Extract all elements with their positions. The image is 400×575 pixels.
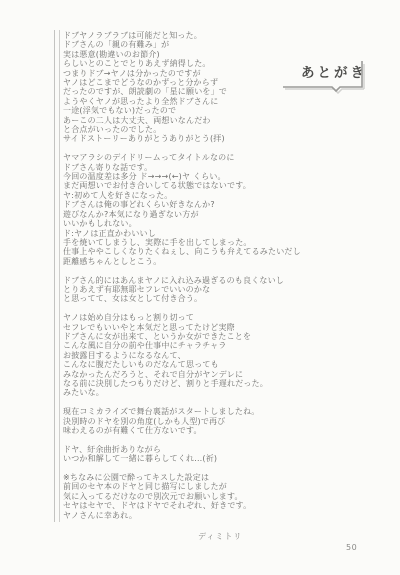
left-double-rule (54, 30, 60, 522)
text-line: いいかもしれない。 (63, 219, 333, 228)
text-line: なる前に決別したつもりだけど、割りと手遅れだった。 (63, 379, 333, 388)
text-line: こんな風に自分の前や仕事中にチャラチャラ (63, 341, 333, 350)
text-line: ドブさんの「親の有難み」が (63, 40, 333, 49)
text-line: と思ってて、女は女として付き合う。 (63, 294, 333, 303)
text-line: ヤマアラシのデイドリームってタイトルなのに (63, 153, 333, 162)
text-line: とりあえず有耶無耶セフレでいいのかな (63, 285, 333, 294)
text-line: ヤノは始め自分はもっと割り切って (63, 313, 333, 322)
text-line: サイドストーリーありがとうありがとう(拝) (63, 134, 333, 143)
afterword-text: ドブヤノラブラブは可能だと知った。ドブさんの「親の有難み」が実は悪意(勘違いのお… (63, 31, 333, 529)
author-signature: ディミトリ (198, 531, 242, 542)
text-line: ドブさんに女が出来て、というか女ができたことを (63, 332, 333, 341)
text-line: 一途(浮気でもない)だったので (63, 106, 333, 115)
text-line: みたいな。 (63, 388, 333, 397)
text-line: 前回のセヤ本のドヤと同じ描写にしましたが (63, 482, 333, 491)
page-number: 50 (346, 543, 357, 552)
text-line: ドブさんは俺の事どれくらい好きなんか? (63, 200, 333, 209)
text-line: ド:ヤノは正直かわいいし (63, 229, 333, 238)
text-line: セフレでもいいやと本気だと思ってたけど実際 (63, 323, 333, 332)
text-line: あーこの二人は大丈夫、両想いなんだわ (63, 116, 333, 125)
text-line: 遊びなんか?本気になり過ぎない方が (63, 210, 333, 219)
text-line: お披露目するようになるなんて、 (63, 351, 333, 360)
text-line: いつか和解して一緒に暮らしてくれ…(祈) (63, 454, 333, 463)
text-line: ドヤ、紆余曲折ありながら (63, 445, 333, 454)
text-line: こんなに腹だたしいものだなんて思っても (63, 360, 333, 369)
text-line: 距離感ちゃんとしとこう。 (63, 257, 333, 266)
text-line: ※ちなみに公園で酔ってキスした設定は (63, 473, 333, 482)
text-line: ドブさん寄りな話です。 (63, 163, 333, 172)
text-line: まだ両想いでお付き合いしてる状態ではないです。 (63, 181, 333, 190)
paragraph: 現在コミカライズで舞台裏話がスタートしましたね。決別時のドヤを別の角度(しかも人… (63, 407, 333, 435)
text-line: 気に入ってるだけなので別次元でお願いします。 (63, 492, 333, 501)
text-line: 現在コミカライズで舞台裏話がスタートしましたね。 (63, 407, 333, 416)
header-bracket-ornament (280, 52, 372, 94)
text-line: 決別時のドヤを別の角度(しかも人型)で再び (63, 417, 333, 426)
text-line: ようやくヤノが思ったより全然ドブさんに (63, 97, 333, 106)
text-line: セヤはセヤで、ドヤはドヤでそれぞれ、好きです。 (63, 501, 333, 510)
afterword-page: ドブヤノラブラブは可能だと知った。ドブさんの「親の有難み」が実は悪意(勘違いのお… (0, 0, 400, 575)
text-line: 仕事上ややこしくなりたくねぇし、向こうも弁えてるみたいだし (63, 247, 333, 256)
text-line: 味わえるのが有難くて仕方ないです。 (63, 426, 333, 435)
text-line: ドブヤノラブラブは可能だと知った。 (63, 31, 333, 40)
text-line: ドブさん的にはあんまヤノに入れ込み過ぎるのも良くないし (63, 276, 333, 285)
paragraph: ※ちなみに公園で酔ってキスした設定は前回のセヤ本のドヤと同じ描写にしましたが気に… (63, 473, 333, 520)
text-line: 手を焼いてしまうし、実際に手を出してしまった。 (63, 238, 333, 247)
text-line: みなかったんだろうと、それで自分がヤンデレに (63, 370, 333, 379)
paragraph: ヤノは始め自分はもっと割り切ってセフレでもいいやと本気だと思ってたけど実際ドブさ… (63, 313, 333, 398)
paragraph: ドヤ、紆余曲折ありながらいつか和解して一緒に暮らしてくれ…(祈) (63, 445, 333, 464)
text-line: ヤノさんに幸あれ。 (63, 511, 333, 520)
paragraph: ドブさん的にはあんまヤノに入れ込み過ぎるのも良くないしとりあえず有耶無耶セフレで… (63, 276, 333, 304)
text-line: ヤ:初めて人を好きになった。 (63, 191, 333, 200)
paragraph: ヤマアラシのデイドリームってタイトルなのにドブさん寄りな話です。今回の温度差は多… (63, 153, 333, 266)
